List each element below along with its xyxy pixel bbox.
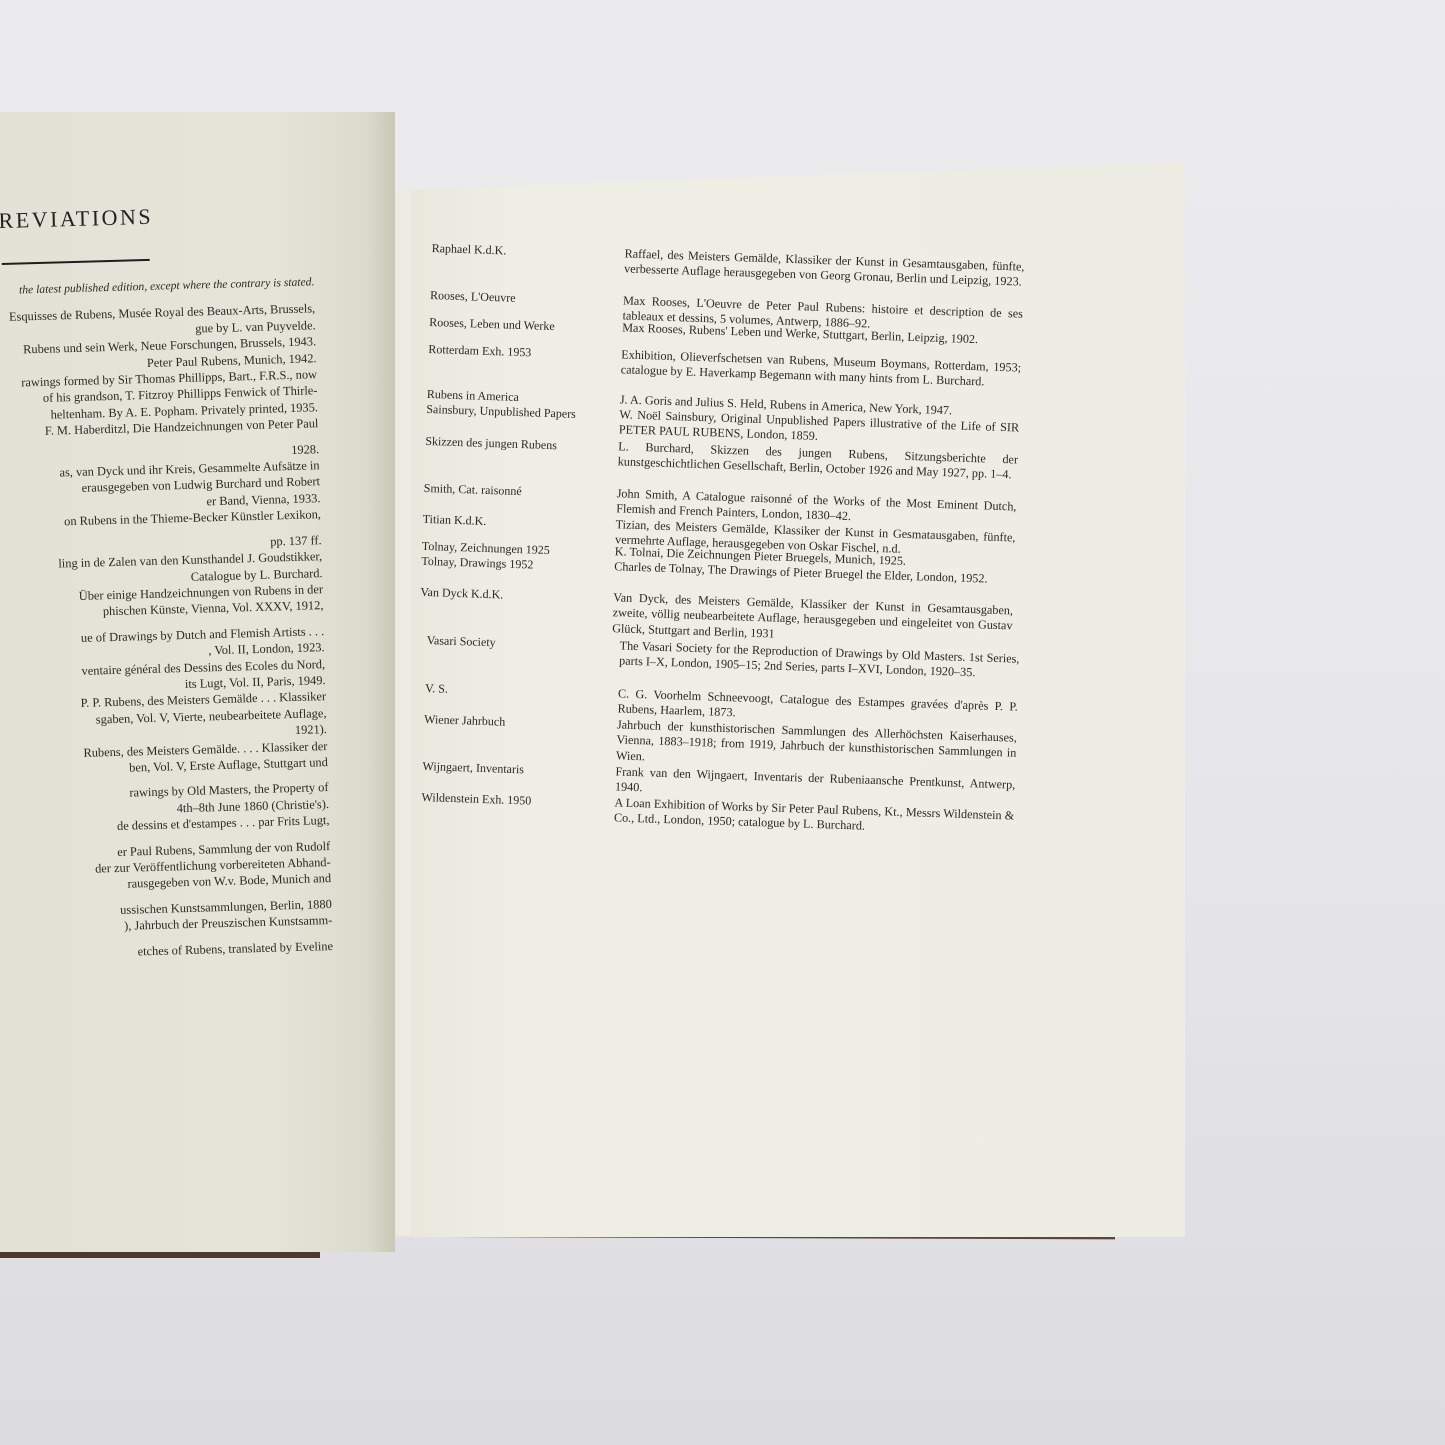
page-heading: REVIATIONS	[0, 204, 153, 234]
abbreviation-term: Skizzen des jungen Rubens	[425, 433, 619, 470]
abbreviation-term: Sainsbury, Unpublished Papers	[426, 401, 620, 438]
abbreviation-term: Raphael K.d.K.	[431, 240, 625, 277]
abbreviation-list-left: the latest published edition, except whe…	[2, 274, 341, 963]
abbreviation-term: Rotterdam Exh. 1953	[428, 341, 622, 378]
abbreviation-term: Van Dyck K.d.K.	[419, 584, 613, 637]
abbreviation-term: Wiener Jahrbuch	[423, 711, 617, 764]
abbreviation-term: Wildenstein Exh. 1950	[421, 789, 615, 826]
abbreviation-term: Vasari Society	[426, 632, 620, 669]
